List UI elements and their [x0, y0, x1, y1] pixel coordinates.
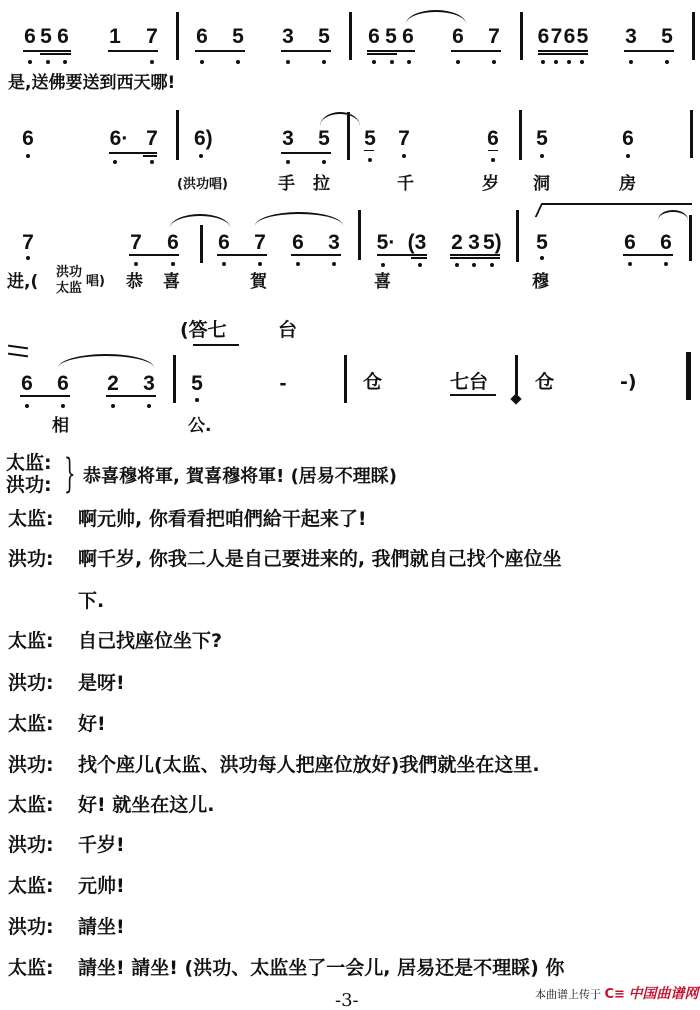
- phrase-line-end: [535, 203, 544, 217]
- speaker-label: 太监:: [8, 793, 78, 817]
- speaker-label: 太监:: [8, 712, 78, 736]
- note: 7: [128, 232, 144, 254]
- bar-line: [200, 225, 203, 263]
- low-dot: [286, 160, 290, 164]
- note: 7: [20, 232, 36, 254]
- low-dot: [200, 60, 204, 64]
- dialogue-line: 洪功:是呀!: [8, 671, 125, 695]
- dialogue-line: 洪功:找个座儿(太监、洪功每人把座位放好)我們就坐在这里.: [8, 753, 540, 777]
- note: 2: [105, 373, 121, 395]
- speaker-label: 太监:: [6, 452, 52, 474]
- lyric: 喜: [163, 272, 180, 292]
- low-dot: [492, 60, 496, 64]
- note: 6: [20, 128, 36, 150]
- speaker-label: 太监:: [8, 507, 78, 531]
- note: 6: [400, 26, 416, 48]
- note: 7: [550, 26, 563, 48]
- slur: [658, 210, 688, 220]
- underline: [624, 50, 674, 52]
- dialogue-text: 請坐! 請坐! (洪功、太监坐了一会儿, 居易还是不理睬) 你: [78, 957, 564, 979]
- low-dot: [195, 398, 199, 402]
- note: 5): [483, 232, 507, 254]
- underline: [108, 50, 158, 52]
- note: 7: [252, 232, 268, 254]
- underline: [109, 152, 157, 154]
- speaker-label: 洪功:: [6, 474, 52, 496]
- singer-annotation-top: 洪功: [56, 266, 82, 280]
- dialogue-line: 洪功:請坐!: [8, 915, 125, 939]
- low-dot: [46, 60, 50, 64]
- note: 5: [659, 26, 675, 48]
- percussion-annotation: 台: [278, 320, 297, 340]
- dialogue-line: 太监:好! 就坐在这儿.: [8, 793, 215, 817]
- singer-annotation-suffix: 唱): [86, 272, 105, 292]
- note: 6: [194, 26, 210, 48]
- low-dot: [456, 60, 460, 64]
- note: 6: [563, 26, 576, 48]
- lyric: 洞: [533, 174, 550, 194]
- brace: }: [64, 452, 75, 496]
- bar-line: [692, 12, 695, 60]
- note: 3: [280, 26, 296, 48]
- tie-mark: [8, 345, 28, 350]
- low-dot: [222, 262, 226, 266]
- lyric: 恭: [126, 272, 143, 292]
- note: 3: [623, 26, 639, 48]
- note: 5: [362, 128, 378, 150]
- low-dot: [455, 263, 459, 267]
- note: 3: [141, 373, 157, 395]
- dialogue-text: 是呀!: [78, 672, 125, 694]
- low-dot: [26, 256, 30, 260]
- dialogue-text: 啊元帅, 你看看把咱們給干起来了!: [78, 508, 367, 530]
- low-dot: [199, 154, 203, 158]
- bar-line: [173, 355, 176, 403]
- lyric-line: 是,送佛要送到西天哪!: [8, 73, 175, 93]
- note: 5: [316, 128, 332, 150]
- watermark-site-link[interactable]: 中国曲谱网: [628, 986, 698, 1002]
- bar-line: [515, 355, 518, 395]
- underline: [450, 394, 496, 396]
- dialogue-text: 下.: [78, 590, 104, 612]
- note: 5: [189, 373, 205, 395]
- low-dot: [150, 60, 154, 64]
- note: 6: [55, 26, 71, 48]
- low-dot: [580, 60, 584, 64]
- note: 7: [486, 26, 502, 48]
- underline: [411, 257, 427, 259]
- dialogue-line: 太监:元帅!: [8, 874, 125, 898]
- bar-line: [690, 110, 693, 158]
- note: 5: [316, 26, 332, 48]
- note: -: [275, 373, 291, 395]
- lyric: 房: [619, 174, 636, 194]
- note: 6: [485, 128, 501, 150]
- underline: [538, 53, 588, 55]
- dialogue-line: 太监:好!: [8, 712, 106, 736]
- note: 6·: [108, 128, 130, 150]
- underline: [20, 395, 70, 397]
- speaker-label: 洪功:: [8, 833, 78, 857]
- dialogue-line: 洪功:千岁!: [8, 833, 125, 857]
- speaker-label: 洪功:: [8, 547, 78, 571]
- underline: [217, 254, 267, 256]
- percussion-syllable: 七台: [450, 372, 488, 392]
- low-dot: [472, 263, 476, 267]
- note: 5·: [374, 232, 398, 254]
- low-dot: [628, 262, 632, 266]
- dialogue-line: 下.: [8, 589, 104, 613]
- note: (3: [405, 232, 429, 254]
- dialogue-text: 自己找座位坐下?: [78, 630, 222, 652]
- watermark: 本曲谱上传于 C≡ 中国曲谱网: [535, 983, 698, 1003]
- note: 5: [534, 232, 550, 254]
- dialogue-line: 太监: 洪功:: [6, 452, 52, 496]
- note: 6): [194, 128, 220, 150]
- note: 6: [216, 232, 232, 254]
- note: 7: [144, 128, 160, 150]
- singer-annotation-bottom: 太监: [56, 282, 82, 296]
- bar-line: [519, 110, 522, 160]
- low-dot: [113, 160, 117, 164]
- lyric: 千: [397, 174, 414, 194]
- note: 6: [620, 128, 636, 150]
- low-dot: [402, 154, 406, 158]
- underline: [450, 257, 500, 259]
- lyric: 相: [52, 416, 69, 436]
- low-dot: [322, 60, 326, 64]
- note: 6: [537, 26, 550, 48]
- low-dot: [665, 60, 669, 64]
- dialogue-text: 千岁!: [78, 834, 125, 856]
- speaker-label: 洪功:: [8, 753, 78, 777]
- underline: [367, 50, 415, 52]
- underline: [281, 152, 331, 154]
- underline: [195, 50, 245, 52]
- note: 2: [449, 232, 465, 254]
- lyric: 岁: [482, 174, 499, 194]
- low-dot: [372, 60, 376, 64]
- low-dot: [540, 154, 544, 158]
- underline: [23, 50, 71, 52]
- note: 6: [22, 26, 38, 48]
- underline: [488, 150, 498, 151]
- low-dot: [236, 60, 240, 64]
- note: 5: [230, 26, 246, 48]
- note: 6: [366, 26, 382, 48]
- low-dot: [150, 160, 154, 164]
- low-dot: [26, 154, 30, 158]
- singer-annotation: (洪功唱): [177, 175, 228, 195]
- low-dot: [147, 404, 151, 408]
- note: 6: [450, 26, 466, 48]
- low-dot: [491, 158, 495, 162]
- bar-line: [689, 215, 692, 261]
- note: 7: [144, 26, 160, 48]
- speaker-label: 洪功:: [8, 671, 78, 695]
- note: 5: [576, 26, 589, 48]
- underline: [377, 254, 427, 256]
- note: 6: [19, 373, 35, 395]
- dialogue-line: 太监:請坐! 請坐! (洪功、太监坐了一会儿, 居易还是不理睬) 你: [8, 956, 564, 980]
- note: 6: [622, 232, 638, 254]
- note: 7: [396, 128, 412, 150]
- low-dot: [368, 158, 372, 162]
- slur: [58, 354, 154, 368]
- note: 3: [326, 232, 342, 254]
- bar-line: [520, 12, 523, 60]
- note: 3: [280, 128, 296, 150]
- low-dot: [322, 160, 326, 164]
- lyric: 公.: [188, 416, 211, 436]
- note: 1: [107, 26, 123, 48]
- dialogue-line: 太监:啊元帅, 你看看把咱們給干起来了!: [8, 507, 367, 531]
- note: 6: [290, 232, 306, 254]
- note: 6: [55, 373, 71, 395]
- bar-line: [176, 12, 179, 60]
- low-dot: [540, 256, 544, 260]
- dialogue-line: 洪功:啊千岁, 你我二人是自己要进来的, 我們就自己找个座位坐: [8, 547, 562, 571]
- underline: [367, 53, 397, 55]
- slur: [406, 10, 466, 24]
- speaker-label: 太监:: [8, 874, 78, 898]
- underline: [451, 50, 501, 52]
- underline: [623, 254, 673, 256]
- page-number: -3-: [335, 990, 359, 1010]
- bar-line: [516, 210, 519, 262]
- dialogue-text: 請坐!: [78, 916, 125, 938]
- end-bar-line: [686, 352, 691, 400]
- bar-line: [176, 110, 179, 160]
- underline: [106, 395, 156, 397]
- underline: [193, 344, 239, 346]
- percussion-annotation: (答七: [180, 320, 227, 340]
- percussion-syllable: 仓: [363, 372, 382, 392]
- low-dot: [296, 262, 300, 266]
- bar-line: [349, 12, 352, 60]
- underline: [291, 254, 341, 256]
- underline: [538, 50, 588, 52]
- low-dot: [554, 60, 558, 64]
- lyric: 穆: [532, 272, 549, 292]
- bar-line: [358, 210, 361, 260]
- dialogue-text: 好! 就坐在这儿.: [78, 794, 215, 816]
- low-dot: [407, 60, 411, 64]
- note: 6: [658, 232, 674, 254]
- lyric: 手: [278, 174, 295, 194]
- slur: [320, 112, 360, 126]
- note: 5: [534, 128, 550, 150]
- dialogue-text: 好!: [78, 713, 106, 735]
- underline: [450, 254, 500, 256]
- percussion-syllable: -): [620, 372, 637, 392]
- dialogue-text: 恭喜穆将軍, 賀喜穆将軍! (居易不理睬): [83, 462, 397, 488]
- lyric: 拉: [313, 174, 330, 194]
- dialogue-text: 啊千岁, 你我二人是自己要进来的, 我們就自己找个座位坐: [78, 548, 562, 570]
- low-dot: [541, 60, 545, 64]
- note: 5: [38, 26, 54, 48]
- lyric: 进,(: [7, 272, 38, 292]
- dialogue-text: 元帅!: [78, 875, 125, 897]
- note: 5: [383, 26, 399, 48]
- phrase-line: [542, 203, 692, 205]
- speaker-label: 洪功:: [8, 915, 78, 939]
- lyric: 喜: [374, 272, 391, 292]
- low-dot: [418, 263, 422, 267]
- low-dot: [258, 262, 262, 266]
- low-dot: [111, 404, 115, 408]
- low-dot: [63, 60, 67, 64]
- low-dot: [664, 262, 668, 266]
- underline: [129, 254, 179, 256]
- low-dot: [28, 60, 32, 64]
- low-dot: [286, 60, 290, 64]
- low-dot: [171, 262, 175, 266]
- bar-line: [344, 355, 347, 403]
- speaker-label: 太监:: [8, 629, 78, 653]
- low-dot: [332, 262, 336, 266]
- tie-mark: [8, 353, 28, 358]
- watermark-prefix: 本曲谱上传于: [535, 988, 601, 1001]
- low-dot: [390, 60, 394, 64]
- low-dot: [629, 60, 633, 64]
- underline: [40, 53, 71, 55]
- low-dot: [567, 60, 571, 64]
- lyric: 賀: [250, 272, 267, 292]
- note: 3: [466, 232, 482, 254]
- dialogue-line: 太监:自己找座位坐下?: [8, 629, 222, 653]
- note: 6: [165, 232, 181, 254]
- low-dot: [134, 262, 138, 266]
- underline: [281, 50, 331, 52]
- underline: [364, 150, 374, 151]
- low-dot: [626, 154, 630, 158]
- underline: [143, 155, 157, 157]
- dialogue-text: 找个座儿(太监、洪功每人把座位放好)我們就坐在这里.: [78, 754, 540, 776]
- slur: [255, 212, 343, 226]
- low-dot: [490, 263, 494, 267]
- bar-line: [347, 112, 350, 160]
- speaker-label: 太监:: [8, 956, 78, 980]
- site-logo-icon: C≡: [605, 987, 625, 1002]
- percussion-syllable: 仓: [535, 372, 554, 392]
- low-dot: [381, 263, 385, 267]
- low-dot: [61, 404, 65, 408]
- low-dot: [25, 404, 29, 408]
- bar-line-marker: [510, 393, 521, 404]
